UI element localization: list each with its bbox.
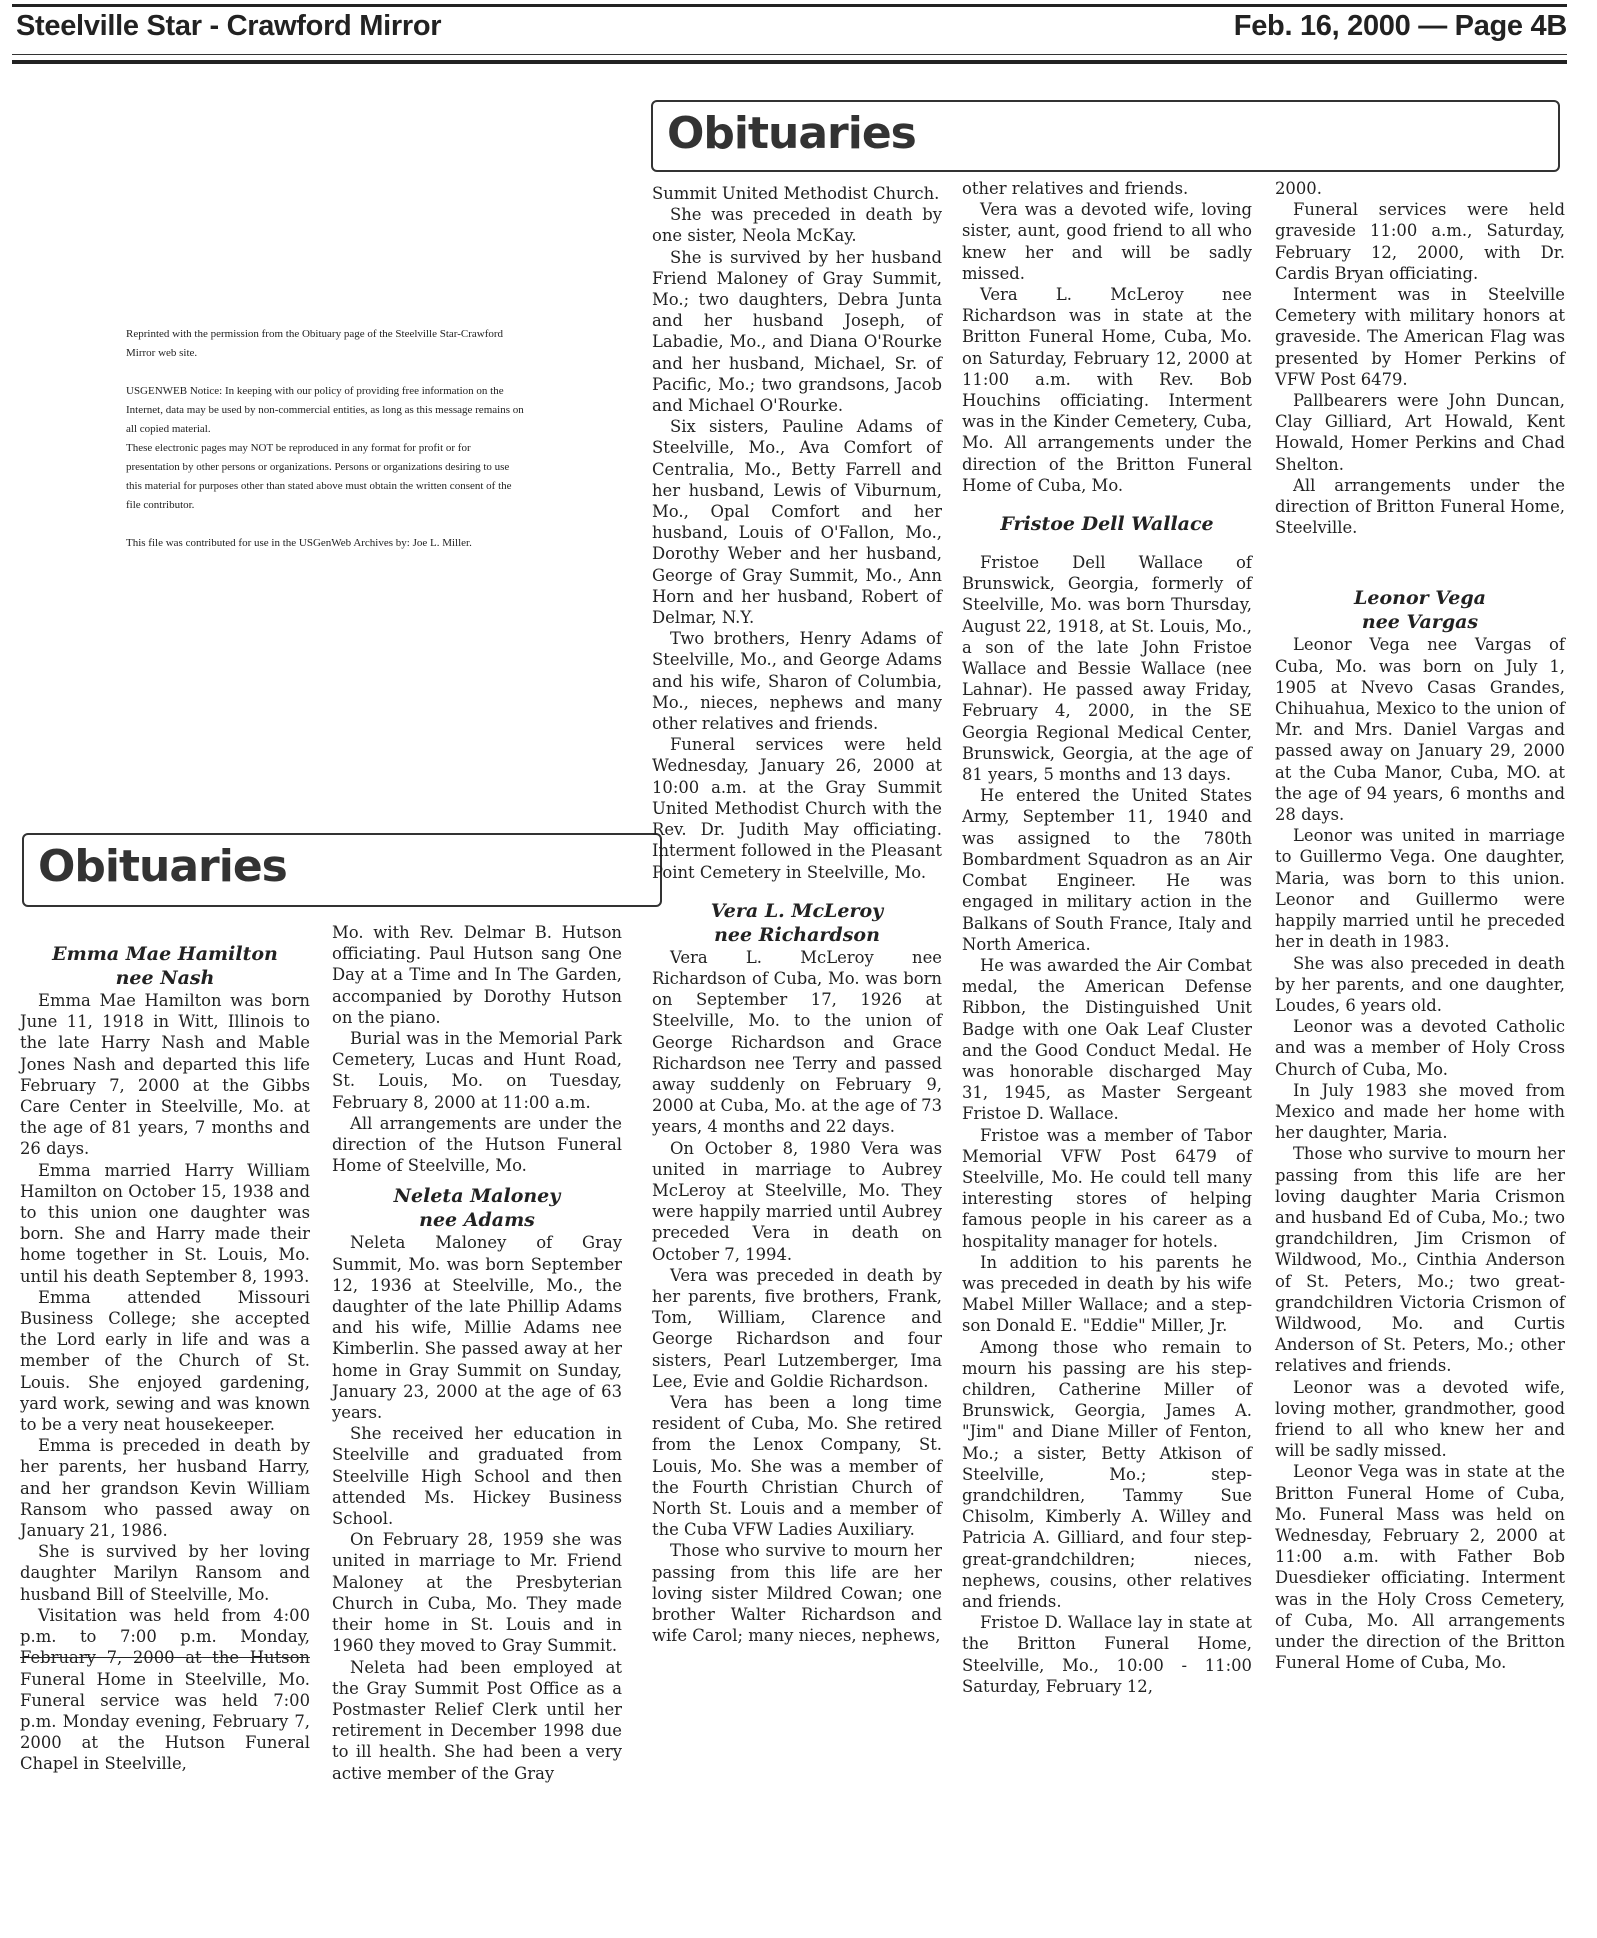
- obituary-paragraph: Burial was in the Memorial Park Cemetery…: [332, 1028, 622, 1113]
- obituary-paragraph: Leonor Vega nee Vargas of Cuba, Mo. was …: [1275, 634, 1565, 825]
- obituary-paragraph: Those who survive to mourn her passing f…: [1275, 1143, 1565, 1376]
- obituary-paragraph: She is survived by her loving daughter M…: [20, 1541, 310, 1605]
- obituary-paragraph: Neleta had been employed at the Gray Sum…: [332, 1657, 622, 1784]
- obituary-nee: nee Adams: [332, 1208, 622, 1232]
- obituary-paragraph: Two brothers, Henry Adams of Steelville,…: [652, 628, 942, 734]
- obituary-paragraph: He entered the United States Army, Septe…: [962, 785, 1252, 955]
- reproduction-notice: These electronic pages may NOT be reprod…: [126, 439, 526, 515]
- obituary-paragraph: All arrangements are under the direction…: [332, 1113, 622, 1177]
- obituary-name: Leonor Vega: [1275, 586, 1565, 610]
- struck-text: February 7, 2000 at the Hutson: [20, 1648, 310, 1667]
- obituary-name: Vera L. McLeroy: [652, 899, 942, 923]
- obituary-paragraph: Fristoe D. Wallace lay in state at the B…: [962, 1612, 1252, 1697]
- obituary-paragraph: Emma married Harry William Hamilton on O…: [20, 1160, 310, 1287]
- obituary-name: Emma Mae Hamilton: [20, 942, 310, 966]
- obituary-paragraph: Interment was in Steelville Cemetery wit…: [1275, 284, 1565, 390]
- obituary-paragraph: other relatives and friends.: [962, 178, 1252, 199]
- obituary-paragraph: In addition to his parents he was preced…: [962, 1252, 1252, 1337]
- obituary-paragraph: She was also preceded in death by her pa…: [1275, 953, 1565, 1017]
- obituary-paragraph: All arrangements under the direction of …: [1275, 475, 1565, 539]
- obituary-paragraph: Funeral services were held Wednesday, Ja…: [652, 734, 942, 882]
- obituary-paragraph: Mo. with Rev. Delmar B. Hutson officiati…: [332, 922, 622, 1028]
- text-span: Funeral Home in Steelville, Mo. Funeral …: [20, 1670, 310, 1774]
- masthead-thin-rule: [12, 54, 1567, 55]
- obituary-paragraph: Vera L. McLeroy nee Richardson was in st…: [962, 284, 1252, 496]
- newspaper-name: Steelville Star - Crawford Mirror: [16, 10, 441, 43]
- obituary-paragraph: Vera was a devoted wife, loving sister, …: [962, 199, 1252, 284]
- column-1: Emma Mae Hamilton nee Nash Emma Mae Hami…: [20, 942, 310, 1775]
- obituaries-header-top: Obituaries: [651, 100, 1560, 172]
- column-2: Mo. with Rev. Delmar B. Hutson officiati…: [332, 922, 622, 1784]
- obituary-paragraph: Vera L. McLeroy nee Richardson of Cuba, …: [652, 947, 942, 1138]
- text-span: Visitation was held from 4:00 p.m. to 7:…: [20, 1606, 310, 1646]
- usgenweb-notice: Reprinted with the permission from the O…: [126, 325, 526, 572]
- obituary-name: Fristoe Dell Wallace: [962, 512, 1252, 536]
- obituary-name: Neleta Maloney: [332, 1184, 622, 1208]
- obituary-paragraph: 2000.: [1275, 178, 1565, 199]
- section-title: Obituaries: [667, 108, 916, 159]
- contributor-notice: This file was contributed for use in the…: [126, 534, 526, 553]
- obituary-paragraph: Vera has been a long time resident of Cu…: [652, 1392, 942, 1540]
- issue-date-page: Feb. 16, 2000 — Page 4B: [1234, 10, 1567, 43]
- obituary-paragraph: Emma Mae Hamilton was born June 11, 1918…: [20, 990, 310, 1160]
- obituary-paragraph: On February 28, 1959 she was united in m…: [332, 1529, 622, 1656]
- obituary-paragraph: Visitation was held from 4:00 p.m. to 7:…: [20, 1605, 310, 1775]
- obituary-paragraph: She was preceded in death by one sister,…: [652, 204, 942, 246]
- obituary-paragraph: Funeral services were held graveside 11:…: [1275, 199, 1565, 284]
- obituary-paragraph: Leonor Vega was in state at the Britton …: [1275, 1461, 1565, 1673]
- obituary-nee: nee Vargas: [1275, 610, 1565, 634]
- obituary-paragraph: Leonor was united in marriage to Guiller…: [1275, 825, 1565, 952]
- obituary-nee: nee Richardson: [652, 923, 942, 947]
- obituary-paragraph: Leonor was a devoted wife, loving mother…: [1275, 1377, 1565, 1462]
- column-3: Summit United Methodist Church. She was …: [652, 183, 942, 1646]
- obituary-paragraph: In July 1983 she moved from Mexico and m…: [1275, 1080, 1565, 1144]
- masthead-top-rule: [12, 4, 1567, 7]
- obituary-paragraph: He was awarded the Air Combat medal, the…: [962, 955, 1252, 1125]
- obituary-paragraph: Summit United Methodist Church.: [652, 183, 942, 204]
- obituary-paragraph: Fristoe Dell Wallace of Brunswick, Georg…: [962, 552, 1252, 785]
- column-5: 2000. Funeral services were held gravesi…: [1275, 178, 1565, 1673]
- masthead-thick-rule: [12, 60, 1567, 64]
- obituary-paragraph: Vera was preceded in death by her parent…: [652, 1265, 942, 1392]
- obituary-paragraph: Among those who remain to mourn his pass…: [962, 1337, 1252, 1613]
- section-title: Obituaries: [38, 841, 287, 892]
- obituary-paragraph: Six sisters, Pauline Adams of Steelville…: [652, 416, 942, 628]
- obituary-nee: nee Nash: [20, 966, 310, 990]
- obituary-paragraph: Those who survive to mourn her passing f…: [652, 1540, 942, 1646]
- obituary-paragraph: She is survived by her husband Friend Ma…: [652, 247, 942, 417]
- obituary-paragraph: She received her education in Steelville…: [332, 1423, 622, 1529]
- column-4: other relatives and friends. Vera was a …: [962, 178, 1252, 1697]
- obituary-paragraph: Pallbearers were John Duncan, Clay Gilli…: [1275, 390, 1565, 475]
- obituary-paragraph: Emma attended Missouri Business College;…: [20, 1287, 310, 1435]
- obituary-paragraph: Emma is preceded in death by her parents…: [20, 1435, 310, 1541]
- usgenweb-notice-text: USGENWEB Notice: In keeping with our pol…: [126, 382, 526, 439]
- obituary-paragraph: On October 8, 1980 Vera was united in ma…: [652, 1138, 942, 1265]
- obituary-paragraph: Neleta Maloney of Gray Summit, Mo. was b…: [332, 1232, 622, 1423]
- obituaries-header-left: Obituaries: [22, 833, 662, 907]
- obituary-paragraph: Fristoe was a member of Tabor Memorial V…: [962, 1125, 1252, 1252]
- obituary-paragraph: Leonor was a devoted Catholic and was a …: [1275, 1016, 1565, 1080]
- reprint-notice: Reprinted with the permission from the O…: [126, 325, 526, 363]
